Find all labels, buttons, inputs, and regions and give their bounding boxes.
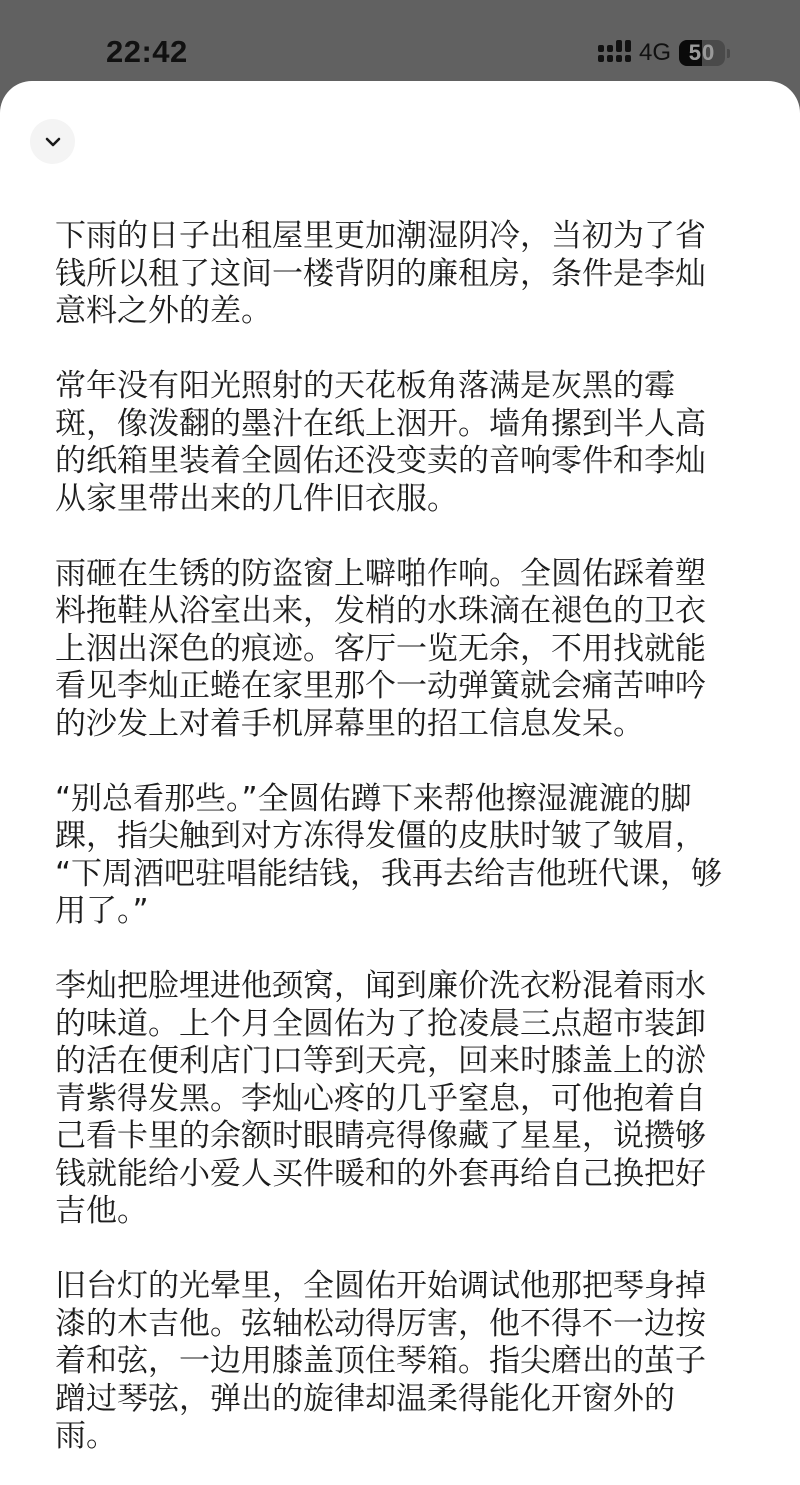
text-line: 意料之外的差。 [55,293,755,331]
battery-level: 50 [689,40,715,66]
text-line: “别总看那些。”全圆佑蹲下来帮他擦湿漉漉的脚 [55,781,755,819]
text-line: 踝，指尖触到对方冻得发僵的皮肤时皱了皱眉， [55,818,755,856]
network-type: 4G [639,38,671,68]
text-line: 的味道。上个月全圆佑为了抢凌晨三点超市装卸 [55,1006,755,1044]
text-line: 己看卡里的余额时眼睛亮得像藏了星星，说攒够 [55,1118,755,1156]
text-line: 从家里带出来的几件旧衣服。 [55,481,755,519]
paragraph-6: 旧台灯的光晕里，全圆佑开始调试他那把琴身掉 漆的木吉他。弦轴松动得厉害，他不得不… [55,1268,755,1456]
paragraph-2: 常年没有阳光照射的天花板角落满是灰黑的霉 斑，像泼翻的墨汁在纸上洇开。墙角摞到半… [55,368,755,518]
collapse-button[interactable] [30,119,75,164]
status-indicators: 4G 50 [598,38,730,68]
text-line: 蹭过琴弦，弹出的旋律却温柔得能化开窗外的 [55,1381,755,1419]
text-line: 的纸箱里装着全圆佑还没变卖的音响零件和李灿 [55,443,755,481]
text-line: 钱就能给小爱人买件暖和的外套再给自己换把好 [55,1156,755,1194]
text-line: 李灿把脸埋进他颈窝，闻到廉价洗衣粉混着雨水 [55,968,755,1006]
text-line: 的活在便利店门口等到天亮，回来时膝盖上的淤 [55,1043,755,1081]
text-line: 下雨的日子出租屋里更加潮湿阴冷，当初为了省 [55,218,755,256]
paragraph-4: “别总看那些。”全圆佑蹲下来帮他擦湿漉漉的脚 踝，指尖触到对方冻得发僵的皮肤时皱… [55,781,755,931]
text-line: 斑，像泼翻的墨汁在纸上洇开。墙角摞到半人高 [55,406,755,444]
chevron-down-icon [43,132,63,152]
text-line: 吉他。 [55,1193,755,1231]
text-line: 的沙发上对着手机屏幕里的招工信息发呆。 [55,706,755,744]
paragraph-3: 雨砸在生锈的防盗窗上噼啪作响。全圆佑踩着塑 料拖鞋从浴室出来，发梢的水珠滴在褪色… [55,556,755,744]
battery-nub [727,49,730,58]
text-line: 青紫得发黑。李灿心疼的几乎窒息，可他抱着自 [55,1081,755,1119]
status-time: 22:42 [106,32,188,72]
battery-icon: 50 [679,40,725,66]
text-line: 雨。 [55,1418,755,1456]
status-bar: 22:42 4G 50 [0,0,800,81]
text-line: 上洇出深色的痕迹。客厅一览无余，不用找就能 [55,631,755,669]
text-line: “下周酒吧驻唱能结钱，我再去给吉他班代课，够 [55,856,755,894]
text-line: 料拖鞋从浴室出来，发梢的水珠滴在褪色的卫衣 [55,593,755,631]
signal-icon [598,45,631,62]
paragraph-5: 李灿把脸埋进他颈窝，闻到廉价洗衣粉混着雨水 的味道。上个月全圆佑为了抢凌晨三点超… [55,968,755,1231]
text-line: 雨砸在生锈的防盗窗上噼啪作响。全圆佑踩着塑 [55,556,755,594]
text-line: 着和弦，一边用膝盖顶住琴箱。指尖磨出的茧子 [55,1343,755,1381]
story-text: 下雨的日子出租屋里更加潮湿阴冷，当初为了省 钱所以租了这间一楼背阴的廉租房，条件… [55,218,755,1485]
text-line: 旧台灯的光晕里，全圆佑开始调试他那把琴身掉 [55,1268,755,1306]
reader-sheet: 下雨的日子出租屋里更加潮湿阴冷，当初为了省 钱所以租了这间一楼背阴的廉租房，条件… [0,81,800,1485]
text-line: 用了。” [55,893,755,931]
text-line: 看见李灿正蜷在家里那个一动弹簧就会痛苦呻吟 [55,668,755,706]
text-line: 钱所以租了这间一楼背阴的廉租房，条件是李灿 [55,256,755,294]
text-line: 常年没有阳光照射的天花板角落满是灰黑的霉 [55,368,755,406]
paragraph-1: 下雨的日子出租屋里更加潮湿阴冷，当初为了省 钱所以租了这间一楼背阴的廉租房，条件… [55,218,755,331]
text-line: 漆的木吉他。弦轴松动得厉害，他不得不一边按 [55,1306,755,1344]
